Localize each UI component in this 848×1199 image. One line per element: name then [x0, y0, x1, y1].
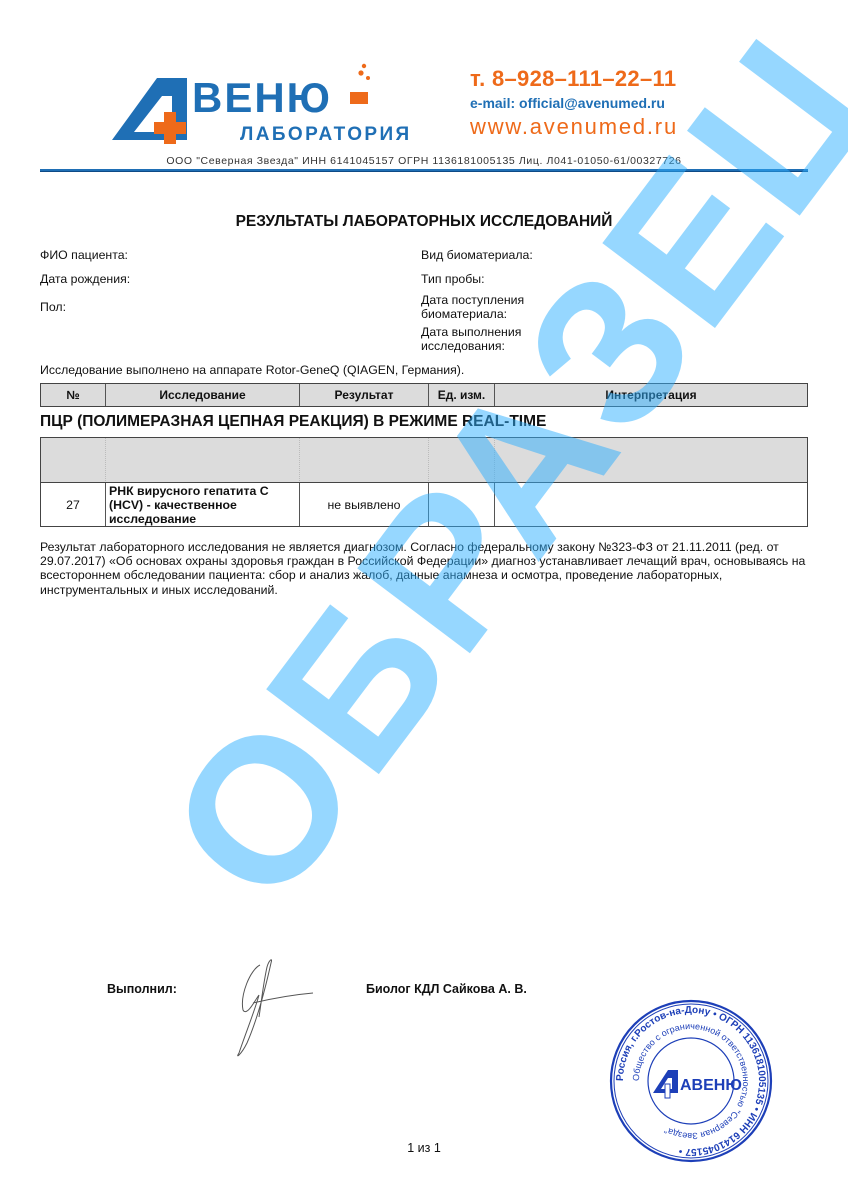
field-sex: Пол: — [40, 300, 66, 314]
column-header-number: № — [41, 384, 106, 406]
lab-logo: ВЕНЮ ЛАБОРАТОРИЯ — [112, 60, 442, 145]
column-header-result: Результат — [300, 384, 429, 406]
avenu-logo-icon: ВЕНЮ ЛАБОРАТОРИЯ — [112, 60, 442, 145]
spacer-cell — [106, 438, 300, 483]
spacer-cell — [429, 438, 495, 483]
row-result: не выявлено — [300, 483, 429, 526]
row-interpretation — [495, 483, 807, 526]
handwritten-signature — [225, 955, 325, 1060]
results-table-header: № Исследование Результат Ед. изм. Интерп… — [40, 383, 808, 407]
section-spacer-row — [40, 437, 808, 483]
contacts-block: т. 8–928–111–22–11 e-mail: official@aven… — [470, 66, 720, 139]
column-header-interpretation: Интерпретация — [495, 384, 807, 406]
column-header-unit: Ед. изм. — [429, 384, 495, 406]
field-patient-name: ФИО пациента: — [40, 248, 128, 262]
svg-text:ЛАБОРАТОРИЯ: ЛАБОРАТОРИЯ — [240, 124, 412, 145]
field-birth-date: Дата рождения: — [40, 272, 130, 286]
instrument-note: Исследование выполнено на аппарате Rotor… — [40, 363, 464, 377]
stamp-seal-icon: Россия, г.Ростов-на-Дону • ОГРН 11361810… — [608, 998, 774, 1164]
signer-name: Биолог КДЛ Сайкова А. В. — [366, 982, 527, 996]
company-stamp: Россия, г.Ростов-на-Дону • ОГРН 11361810… — [608, 998, 774, 1164]
performed-by-label: Выполнил: — [107, 982, 177, 996]
phone-number: т. 8–928–111–22–11 — [470, 66, 720, 92]
row-test-name: РНК вирусного гепатита С (HCV) - качеств… — [106, 483, 300, 526]
spacer-cell — [41, 438, 106, 483]
svg-text:ВЕНЮ: ВЕНЮ — [192, 74, 332, 121]
spacer-cell — [300, 438, 429, 483]
header-divider — [40, 169, 808, 172]
email-link[interactable]: e-mail: official@avenumed.ru — [470, 93, 720, 113]
document-title: РЕЗУЛЬТАТЫ ЛАБОРАТОРНЫХ ИССЛЕДОВАНИЙ — [0, 213, 848, 231]
column-header-test: Исследование — [106, 384, 300, 406]
field-receipt-date: Дата поступления биоматериала: — [421, 293, 524, 321]
section-title: ПЦР (ПОЛИМЕРАЗНАЯ ЦЕПНАЯ РЕАКЦИЯ) В РЕЖИ… — [40, 413, 546, 431]
page-number: 1 из 1 — [0, 1141, 848, 1155]
field-execution-date: Дата выполнения исследования: — [421, 325, 521, 353]
spacer-cell — [495, 438, 807, 483]
row-number: 27 — [41, 483, 106, 526]
svg-text:АВЕНЮ: АВЕНЮ — [680, 1077, 742, 1094]
legal-disclaimer: Результат лабораторного исследования не … — [40, 540, 815, 597]
field-sample-type: Тип пробы: — [421, 272, 485, 286]
field-biomaterial-type: Вид биоматериала: — [421, 248, 533, 262]
signature-icon — [225, 955, 325, 1060]
website-link[interactable]: www.avenumed.ru — [470, 115, 720, 139]
table-row: 27 РНК вирусного гепатита С (HCV) - каче… — [40, 482, 808, 527]
row-unit — [429, 483, 495, 526]
organization-details: ООО "Северная Звезда" ИНН 6141045157 ОГР… — [0, 155, 848, 167]
